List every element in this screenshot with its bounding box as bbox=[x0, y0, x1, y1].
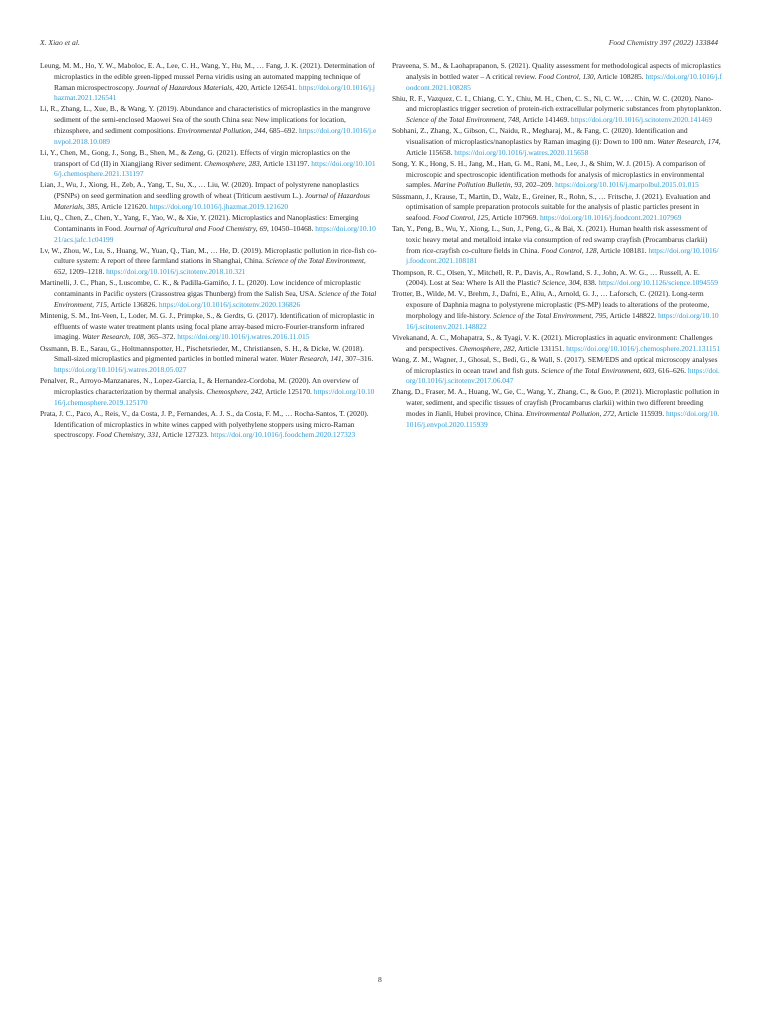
references-column-right: Praveena, S. M., & Laohaprapanon, S. (20… bbox=[392, 61, 722, 431]
reference-item: Penalver, R., Arroyo-Manzanares, N., Lop… bbox=[40, 376, 378, 408]
doi-link[interactable]: https://doi.org/10.1126/science.1094559 bbox=[598, 278, 718, 287]
doi-link[interactable]: https://doi.org/10.1016/j.watres.2020.11… bbox=[454, 148, 588, 157]
reference-item: Li, R., Zhang, L., Xue, B., & Wang, Y. (… bbox=[40, 104, 378, 147]
reference-item: Tan, Y., Peng, B., Wu, Y., Xiong, L., Su… bbox=[392, 224, 722, 267]
doi-link[interactable]: https://doi.org/10.1016/j.chemosphere.20… bbox=[566, 344, 720, 353]
reference-item: Liu, Q., Chen, Z., Chen, Y., Yang, F., Y… bbox=[40, 213, 378, 245]
reference-item: Li, Y., Chen, M., Gong, J., Song, B., Sh… bbox=[40, 148, 378, 180]
page-number: 8 bbox=[378, 975, 382, 984]
doi-link[interactable]: https://doi.org/10.1016/j.watres.2018.05… bbox=[54, 365, 187, 374]
reference-item: Trotter, B., Wilde, M. V., Brehm, J., Da… bbox=[392, 289, 722, 332]
doi-link[interactable]: https://doi.org/10.1016/j.marpolbul.2015… bbox=[555, 180, 699, 189]
doi-link[interactable]: https://doi.org/10.1016/j.watres.2016.11… bbox=[177, 332, 309, 341]
reference-item: Martinelli, J. C., Phan, S., Luscombe, C… bbox=[40, 278, 378, 310]
reference-item: Prata, J. C., Paco, A., Reis, V., da Cos… bbox=[40, 409, 378, 441]
reference-item: Lian, J., Wu, J., Xiong, H., Zeb, A., Ya… bbox=[40, 180, 378, 212]
reference-item: Zhang, D., Fraser, M. A., Huang, W., Ge,… bbox=[392, 387, 722, 430]
reference-item: Praveena, S. M., & Laohaprapanon, S. (20… bbox=[392, 61, 722, 93]
doi-link[interactable]: https://doi.org/10.1016/j.scitotenv.2018… bbox=[106, 267, 245, 276]
reference-item: Song, Y. K., Hong, S. H., Jang, M., Han,… bbox=[392, 159, 722, 191]
doi-link[interactable]: https://doi.org/10.1016/j.scitotenv.2020… bbox=[159, 300, 300, 309]
running-header-journal: Food Chemistry 397 (2022) 133844 bbox=[609, 38, 718, 47]
reference-item: Sobhani, Z., Zhang, X., Gibson, C., Naid… bbox=[392, 126, 722, 158]
reference-item: Leung, M. M., Ho, Y. W., Maboloc, E. A.,… bbox=[40, 61, 378, 104]
references-column-left: Leung, M. M., Ho, Y. W., Maboloc, E. A.,… bbox=[40, 61, 378, 442]
reference-item: Shiu, R. F., Vazquez, C. I., Chiang, C. … bbox=[392, 94, 722, 126]
reference-item: Mintenig, S. M., Int-Veen, I., Loder, M.… bbox=[40, 311, 378, 343]
doi-link[interactable]: https://doi.org/10.1016/j.scitotenv.2020… bbox=[571, 115, 712, 124]
reference-item: Süssmann, J., Krause, T., Martin, D., Wa… bbox=[392, 192, 722, 224]
reference-item: Ossmann, B. E., Sarau, G., Holtmannspott… bbox=[40, 344, 378, 376]
doi-link[interactable]: https://doi.org/10.1016/j.foodchem.2020.… bbox=[211, 430, 356, 439]
doi-link[interactable]: https://doi.org/10.1016/j.jhazmat.2019.1… bbox=[150, 202, 288, 211]
reference-item: Vivekanand, A. C., Mohapatra, S., & Tyag… bbox=[392, 333, 722, 355]
reference-item: Wang, Z. M., Wagner, J., Ghosal, S., Bed… bbox=[392, 355, 722, 387]
reference-item: Lv, W., Zhou, W., Lu, S., Huang, W., Yua… bbox=[40, 246, 378, 278]
reference-item: Thompson, R. C., Olsen, Y., Mitchell, R.… bbox=[392, 268, 722, 290]
running-header-authors: X. Xiao et al. bbox=[40, 38, 80, 47]
doi-link[interactable]: https://doi.org/10.1016/j.foodcont.2021.… bbox=[540, 213, 681, 222]
